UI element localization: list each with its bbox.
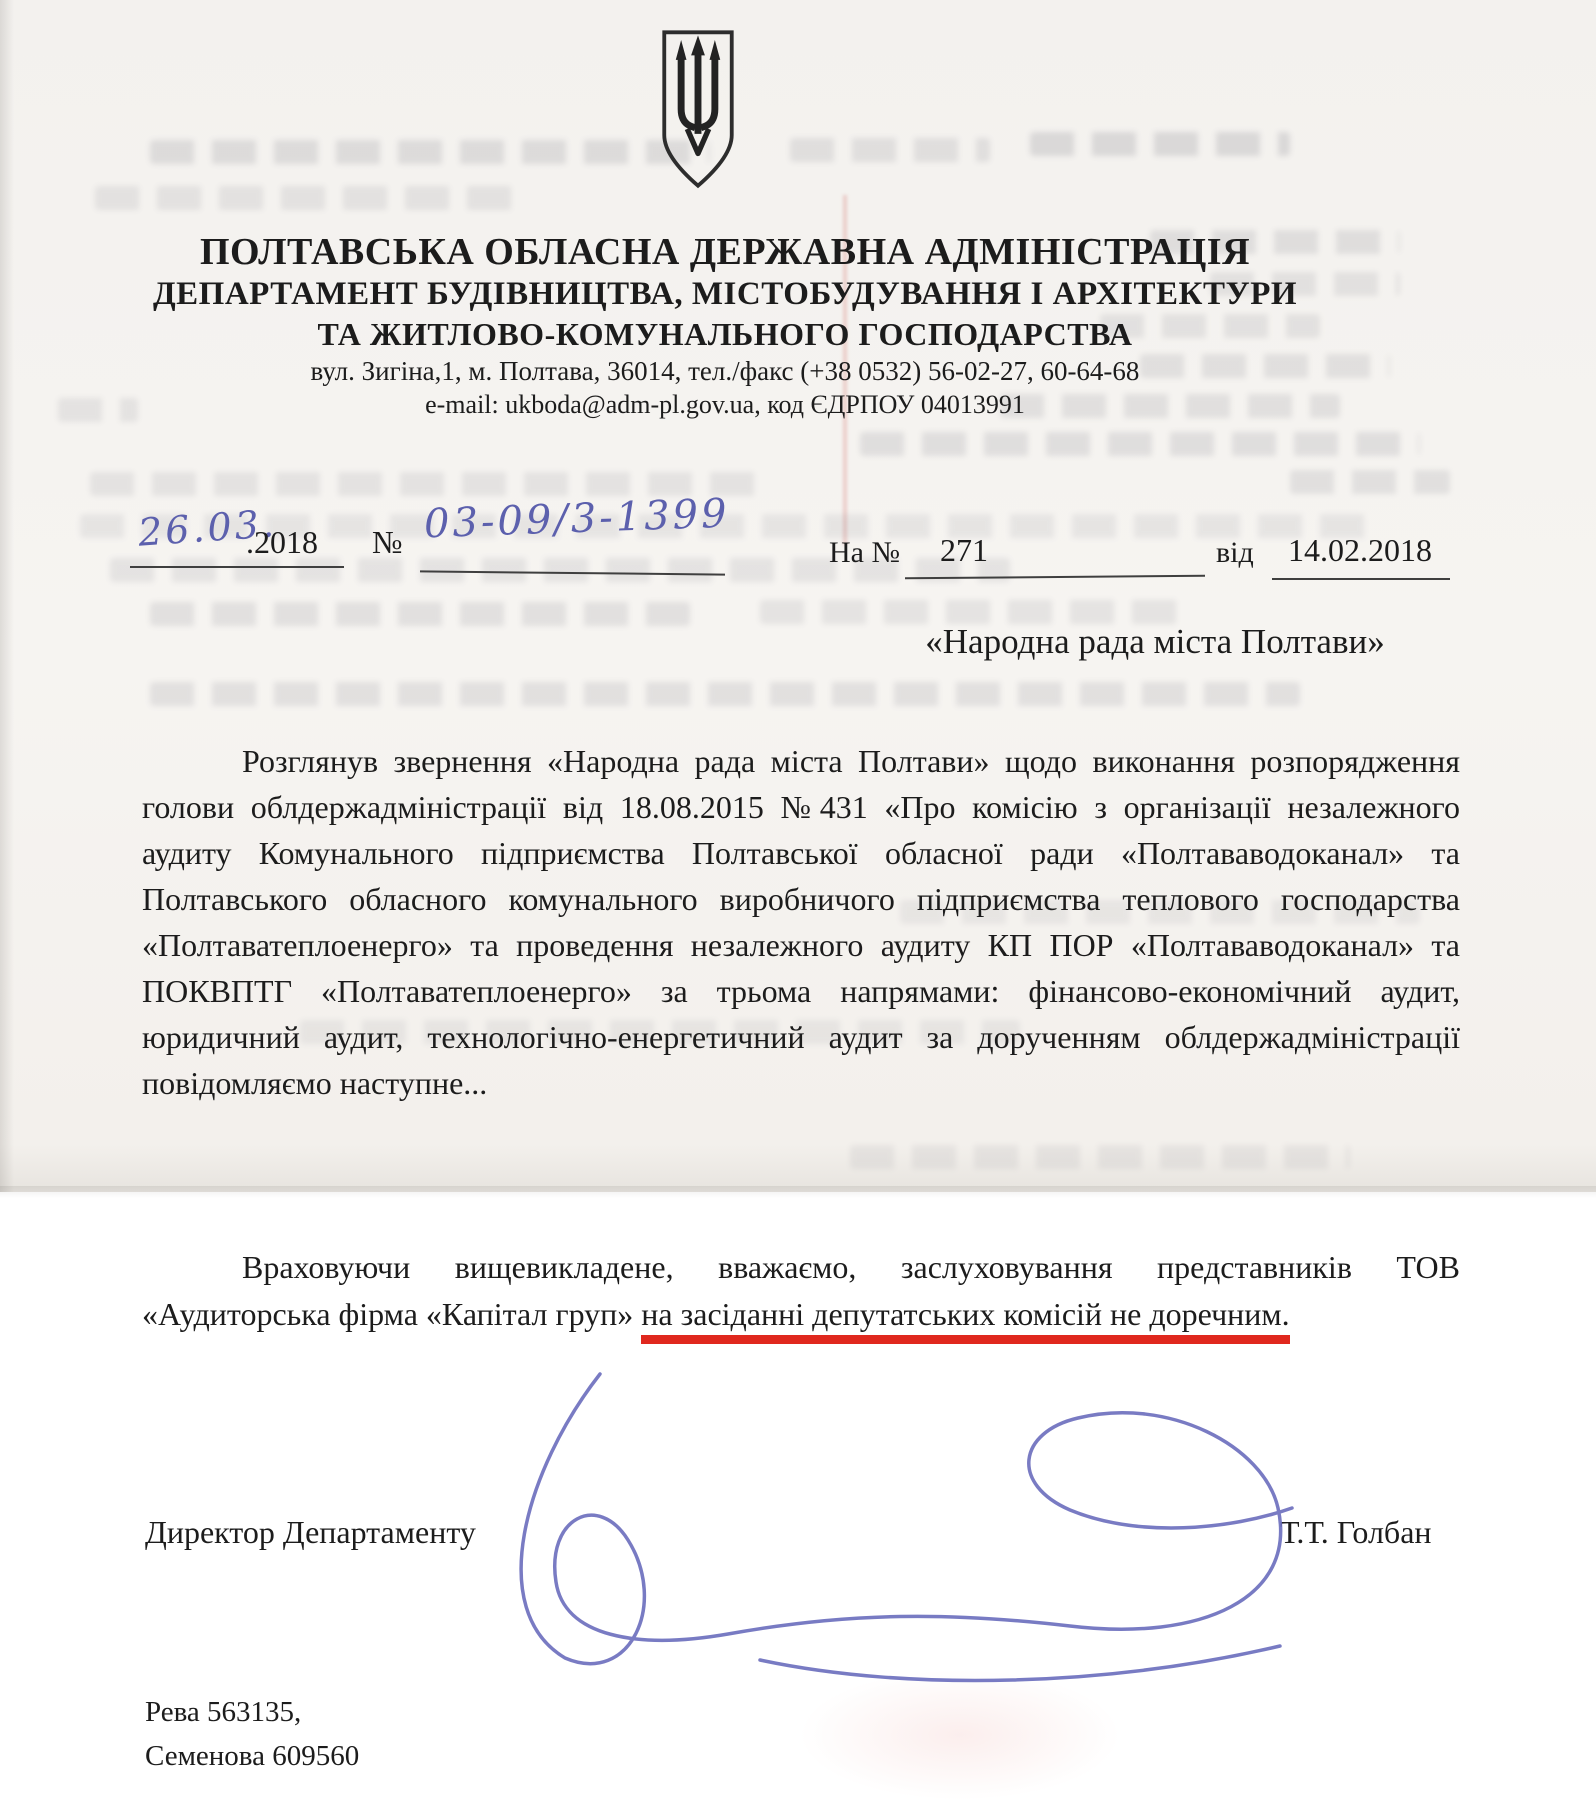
reply-date-underline bbox=[1272, 578, 1450, 580]
body-paragraph-1: Розглянув звернення «Народна рада міста … bbox=[142, 738, 1460, 1106]
bleedthrough-artifact bbox=[150, 602, 690, 626]
bleedthrough-artifact bbox=[860, 432, 1420, 456]
org-address: вул. Зигіна,1, м. Полтава, 36014, тел./ф… bbox=[0, 356, 1450, 387]
paragraph2-red-underlined-text: на засіданні депутатських комісій не дор… bbox=[641, 1296, 1289, 1344]
bleedthrough-artifact bbox=[1030, 132, 1290, 156]
org-email-line: e-mail: ukboda@adm-pl.gov.ua, код ЄДРПОУ… bbox=[0, 390, 1450, 420]
org-name-line1: ПОЛТАВСЬКА ОБЛАСНА ДЕРЖАВНА АДМІНІСТРАЦІ… bbox=[0, 230, 1450, 274]
body-paragraph-2: Враховуючи вищевикладене, вважаємо, засл… bbox=[142, 1244, 1460, 1338]
executor-contact-line1: Рева 563135, bbox=[145, 1690, 359, 1734]
bleedthrough-artifact bbox=[150, 682, 1300, 706]
scan-edge-shadow bbox=[0, 0, 14, 1192]
scanned-letter-page: ПОЛТАВСЬКА ОБЛАСНА ДЕРЖАВНА АДМІНІСТРАЦІ… bbox=[0, 0, 1596, 1820]
org-name-line2: ДЕПАРТАМЕНТ БУДІВНИЦТВА, МІСТОБУДУВАННЯ … bbox=[0, 276, 1450, 313]
number-sign: № bbox=[372, 524, 403, 561]
reply-date-label: від bbox=[1216, 536, 1254, 570]
org-name-line3: ТА ЖИТЛОВО-КОМУНАЛЬНОГО ГОСПОДАРСТВА bbox=[0, 316, 1450, 353]
bleedthrough-artifact bbox=[95, 186, 515, 210]
reply-to-label: На № bbox=[829, 536, 900, 570]
reply-date: 14.02.2018 bbox=[1288, 532, 1432, 569]
bleedthrough-artifact bbox=[150, 140, 710, 164]
executor-contacts: Рева 563135, Семенова 609560 bbox=[145, 1690, 359, 1778]
bleedthrough-artifact bbox=[760, 600, 1180, 624]
reply-number: 271 bbox=[940, 532, 988, 569]
bleedthrough-artifact bbox=[1290, 470, 1450, 494]
ukraine-trident-emblem bbox=[652, 26, 744, 192]
bleedthrough-artifact bbox=[850, 1145, 1350, 1169]
scan-seam bbox=[0, 1186, 1596, 1198]
addressee: «Народна рада міста Полтави» bbox=[870, 622, 1440, 662]
date-underline bbox=[130, 566, 344, 568]
printed-year: .2018 bbox=[246, 524, 318, 561]
executor-contact-line2: Семенова 609560 bbox=[145, 1734, 359, 1778]
bleedthrough-artifact bbox=[790, 138, 990, 162]
signature-scribble bbox=[430, 1360, 1350, 1700]
signer-position-title: Директор Департаменту bbox=[145, 1514, 476, 1551]
